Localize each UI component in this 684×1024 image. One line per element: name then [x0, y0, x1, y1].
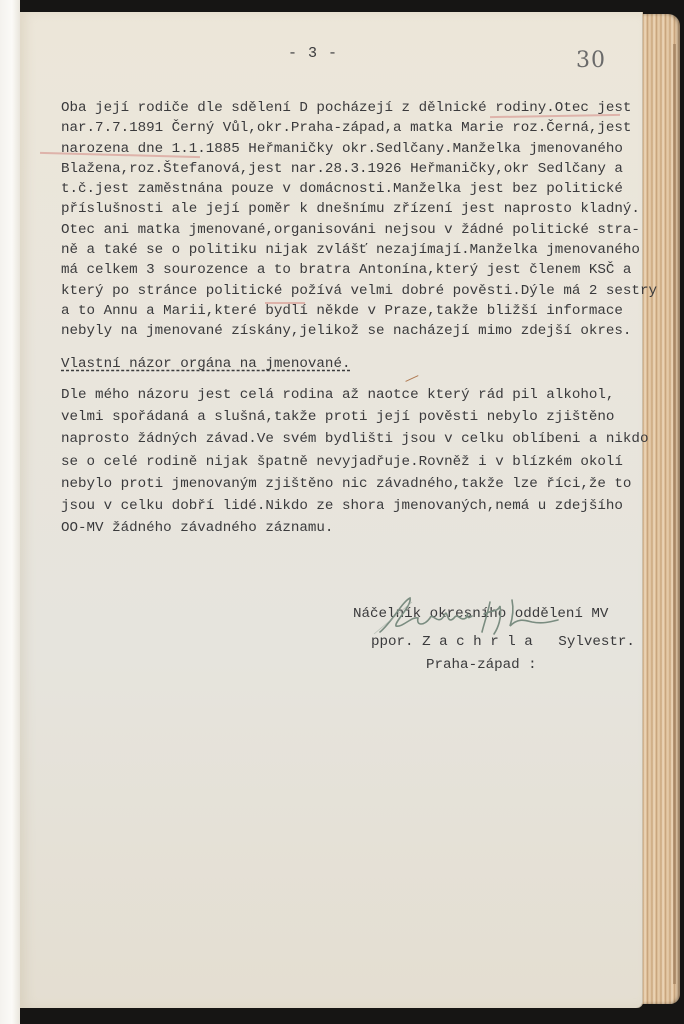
signatory-place: Praha-západ : — [353, 657, 608, 674]
text-line: velmi spořádaná a slušná,takže proti jej… — [61, 406, 648, 428]
text-line: Oba její rodiče dle sdělení D pocházejí … — [61, 98, 641, 118]
text-line: nebyly na jmenované získány,jelikož se n… — [61, 321, 641, 341]
handwritten-signature — [372, 592, 572, 636]
scanned-document-viewport: - 3 - 30 Oba její rodiče dle sdělení D p… — [0, 0, 684, 1024]
text-line: Dle mého názoru jest celá rodina až naot… — [61, 384, 648, 406]
facing-page-edge — [0, 0, 20, 1024]
text-line: ně a také se o politiku nijak zvlášť nez… — [61, 240, 641, 260]
text-line: má celkem 3 sourozence a to bratra Anton… — [61, 260, 641, 280]
folio-number-text: 30 — [576, 48, 606, 73]
text-line: nar.7.7.1891 Černý Vůl,okr.Praha-západ,a… — [61, 118, 641, 138]
text-line: a to Annu a Marii,které bydlí někde v Pr… — [61, 301, 641, 321]
text-line: příslušnosti ale její poměr k dnešnímu z… — [61, 199, 641, 219]
section-heading: Vlastní názor orgána na jmenované. — [61, 356, 350, 372]
paragraph-family-background: Oba její rodiče dle sdělení D pocházejí … — [61, 98, 641, 342]
page-number: - 3 - — [288, 45, 338, 62]
text-line: Otec ani matka jmenované,organisováni ne… — [61, 220, 641, 240]
text-line: Blažena,roz.Štefanová,jest nar.28.3.1926… — [61, 159, 641, 179]
text-line: OO-MV žádného závadného záznamu. — [61, 517, 648, 539]
text-line: jsou v celku dobří lidé.Nikdo ze shora j… — [61, 495, 648, 517]
text-line: t.č.jest zaměstnána pouze v domácnosti.M… — [61, 179, 641, 199]
text-line: nebylo proti jmenovaným zjištěno nic záv… — [61, 473, 648, 495]
text-line: narozena dne 1.1.1885 Heřmaničky okr.Sed… — [61, 139, 641, 159]
document-page: - 3 - 30 Oba její rodiče dle sdělení D p… — [20, 12, 642, 1008]
pencil-tick-mark — [405, 375, 418, 382]
signatory-name: ppor. Z a c h r l a Sylvestr. — [371, 634, 635, 650]
paragraph-officer-opinion: Dle mého názoru jest celá rodina až naot… — [61, 384, 648, 539]
text-line: se o celé rodině nijak špatně nevyjadřuj… — [61, 451, 648, 473]
text-line: který po stránce politické požívá velmi … — [61, 281, 641, 301]
folio-number: 30 — [576, 48, 606, 73]
text-line: naprosto žádných závad.Ve svém bydlišti … — [61, 428, 648, 450]
